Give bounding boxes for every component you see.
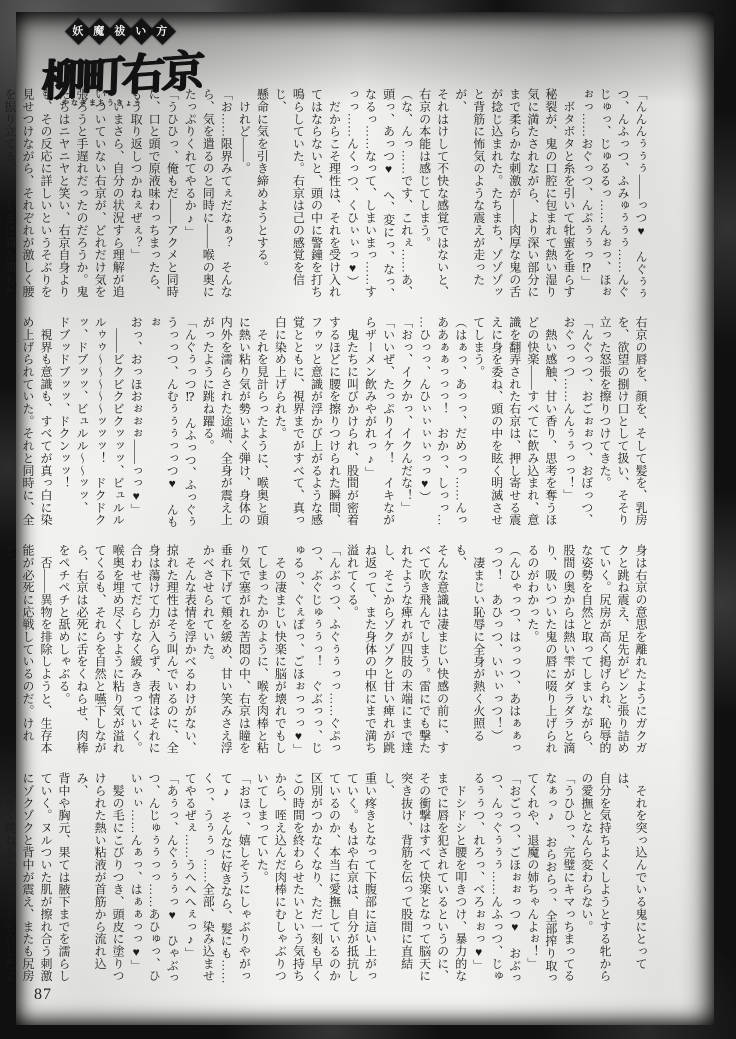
text-column: それを見計らったように、喉奥と頭 — [253, 316, 271, 533]
text-column: がったように跳ね躍る。 — [199, 316, 217, 533]
text-column: 股間の奥からは熱い雫がダラダラと滴 — [560, 544, 578, 761]
text-column: ていく。尻房が高く掲げられ、恥辱的 — [596, 544, 614, 761]
text-column: も、その反応に詳しいというそぶりを — [37, 88, 55, 305]
text-column: ゅるっ、ぐぇぽっ、ごほぉっっっ♥」 — [289, 544, 307, 761]
text-column: 「いいぜ、たっぷりイケ！ イキなが — [380, 316, 398, 533]
text-column: ていく。ヌルついた肌が擦れ合う刺激 — [37, 772, 55, 989]
text-column: ているのか、本当に愛撫しているのか — [325, 772, 343, 989]
text-column: 「うひひっ、完璧にキマっちまってる — [560, 772, 578, 989]
text-column: が大きく跳ねると、小水をもらしたよ — [1, 772, 19, 989]
text-column: 視界も意識も、すべてが真っ白に染 — [37, 316, 55, 533]
text-column: ね返って、また身体の中枢にまで満ち — [362, 544, 380, 761]
text-column: に熱い粘り気が勢いよく弾け、身体の — [235, 316, 253, 533]
page-surface: 妖魔祓い方 柳町右京 やなぎまちうきょう 「んんんぅぅぅ――っつ♥ んぐぅぅつ、… — [16, 12, 714, 1025]
text-column: 否――異物を排除しようと、生存本 — [37, 544, 55, 761]
text-column: 「おごっつ、ごほぉぉっつ♥ おぶっ — [506, 772, 524, 989]
text-row-4: それを突っ込んでいる鬼にとっては、自分を気持ちよくしようとする牝からの愛撫となん… — [37, 772, 650, 989]
text-column: ああぁぁっっっ！ おかっ、しっっ… — [434, 316, 452, 533]
text-column: までに唇を犯されているというのに、 — [434, 772, 452, 989]
series-subtitle-char: い — [135, 23, 146, 42]
text-row-1: 「んんんぅぅぅ――っつ♥ んぐぅぅつ、んふっつ、ふみゅぅぅぅ……んぐじゅっ、じゅ… — [37, 88, 650, 305]
text-column: 白に染め上げられた。 — [271, 316, 289, 533]
text-column: くっ、うぅぅっ……全部、染み込ませ — [199, 772, 217, 989]
series-subtitle-char: 魔 — [93, 23, 104, 42]
text-column: 内外を濡らされた途端、全身が震え上 — [217, 316, 235, 533]
text-column: どの快楽――すべてに飲み込まれ、意 — [524, 316, 542, 533]
text-column: 頭っ、あっつ♥ へ、変にっ、なっ、 — [380, 88, 398, 305]
text-column: 身は右京の意思を離れたようにガクガ — [632, 544, 650, 761]
text-column: 識を翻弄された右京は、押し寄せる震 — [506, 316, 524, 533]
text-column: て♪ そんなに好きなら、髪にも…… — [217, 772, 235, 989]
text-column: にゾクゾクと背中が震え、またも尻房 — [19, 772, 37, 989]
text-column: いてしまっていた。 — [253, 772, 271, 989]
text-column: 覚とともに、視界までがすべて、真っ — [289, 316, 307, 533]
text-column: れたような痺れが四肢の末端にまで達 — [398, 544, 416, 761]
text-column: じゅっ、じゅるるっ……んぉっ、ほぉ — [596, 88, 614, 305]
text-column: つ、んふっつ、ふみゅぅぅぅ……んぐ — [614, 88, 632, 305]
text-column: るぅぅつ、れろっ、べろぉぉっ♥」 — [470, 772, 488, 989]
text-column: 「うひひっ、俺もだ――アクメと同時 — [163, 88, 181, 305]
text-column: り、吸いついた鬼の唇に啜り上げられ — [542, 544, 560, 761]
text-column: うっっつ、んむぅぅぅっっつ♥ んもぉ — [145, 316, 181, 533]
text-column: 重い疼きとなって下腹部に這い上がっ — [362, 772, 380, 989]
text-column: てしまう。 — [470, 316, 488, 533]
text-column: おぐっっつ……んんぅぅっっ！」 — [560, 316, 578, 533]
text-column: ボタボタと糸を引いて牝蜜を垂らす — [560, 88, 578, 305]
text-column: てしまったかのように、喉を肉棒と粘 — [253, 544, 271, 761]
text-column: っつ！ あひっつ、いぃぃっつ！） — [488, 544, 506, 761]
text-column: 秘裂が、鬼の口腔に包まれて熱い湿り — [542, 88, 560, 305]
text-column: 喉奥を埋め尽くすように粘り気が溢れ — [109, 544, 127, 761]
text-column: 垂れ下げて頬を緩め、甘い笑みさえ浮 — [217, 544, 235, 761]
text-column: と背筋に怖気のような震えが走ったが、 — [452, 88, 488, 305]
series-subtitle-char: 妖 — [72, 23, 83, 42]
text-column: ドシドシと腰を叩きつけ、暴力的な — [452, 772, 470, 989]
text-column: 突き抜け、背筋を伝って股間に直結し、 — [380, 772, 416, 989]
text-column: （な、んっ……です、これぇ……あ、 — [398, 88, 416, 305]
text-column: 「おっ、イクかっ、イクんだな！」 — [398, 316, 416, 533]
text-column: が捻じ込まれた。たちまち、ゾゾゾッ — [488, 88, 506, 305]
text-column: （はぁっ、あっっ、だめっっ……んっ — [452, 316, 470, 533]
text-column: いまさら、自分の状況すら理解が追 — [109, 88, 127, 305]
text-column: それを突っ込んでいる鬼にとっては、 — [614, 772, 650, 989]
text-column: 「お……限界みてぇだなぁ？ そんな — [217, 88, 235, 305]
text-column: 熱い感触、甘い香り、思考を奪うほ — [542, 316, 560, 533]
text-column: 右京の本能は感じてしまう。 — [416, 88, 434, 305]
text-row-3: 身は右京の意思を離れたようにガクガクと跳ね震え、足先がピンと張り詰めていく。尻房… — [37, 544, 650, 761]
text-column: 身は蕩けて力が入らず、表情はそれに — [145, 544, 163, 761]
text-column: いぃぃ……んぁっ、はぁぁっっ♥」 — [127, 772, 145, 989]
text-column: り気で塞がれる苦悶の中、右京は瞳を — [235, 544, 253, 761]
text-column: ら、右京は必死に舌をくねらせ、肉棒 — [73, 544, 91, 761]
text-column: そんな表情を浮かべるわけがない、 — [181, 544, 199, 761]
text-column: （んひゃっつ、はっっつ、あはぁぁっ — [506, 544, 524, 761]
series-subtitle-char: 祓 — [114, 23, 125, 42]
text-column: 「んぐっつ、おごぉぉつ、おぼっつ、 — [578, 316, 596, 533]
text-column: だからこそ理性は、それを受け入れ — [325, 88, 343, 305]
text-column: てくれや、退魔の姉ちゃんよぉ！」 — [524, 772, 542, 989]
text-column: っっ……んくっつ、くひぃぃっ♥） — [343, 88, 361, 305]
text-column: なるっ……なって、しまいまっ……す — [362, 88, 380, 305]
text-column: を、欲望の捌け口として扱い、そそり — [614, 316, 632, 533]
text-column: ――ビクビクビクッッッ、ビュルル — [109, 316, 127, 533]
text-column: 溢れてくる。 — [343, 544, 361, 761]
text-column: 鳴らしていた。右京は己の感覚を信じ、 — [271, 88, 307, 305]
text-column: まで柔らかな刺激が――肉厚な鬼の舌 — [506, 88, 524, 305]
text-column: 見せつけながら、それぞれが激しく腰 — [19, 88, 37, 305]
text-column: 気に満たされながら、より深い部分に — [524, 88, 542, 305]
scanned-book-page: 妖魔祓い方 柳町右京 やなぎまちうきょう 「んんんぅぅぅ――っつ♥ んぐぅぅつ、… — [0, 0, 736, 1039]
text-column: 張ろうと手遅れだったのだろうか。鬼 — [73, 88, 91, 305]
text-column: 鬼たちに叫びかけられ、股間が密着 — [343, 316, 361, 533]
text-column: たちはニヤニヤと笑い、右京自身より — [55, 88, 73, 305]
text-column: うな凄まじい勢いで、股間の蜜汁も噴 — [0, 772, 1, 989]
text-column: 背中や胸元、果ては腋下までを濡らし — [55, 772, 73, 989]
text-column: 区別がつかなくなり、ただ一刻も早く — [307, 772, 325, 989]
text-column: ていく。もはや右京は、自分が抵抗し — [343, 772, 361, 989]
text-column: 右京の唇を、顔を、そして髪を、乳房 — [632, 316, 650, 533]
text-column: それはけして不快な感覚ではないと、 — [434, 88, 452, 305]
page-number: 87 — [34, 986, 52, 1004]
text-column: ドブッドブッッ、ドクンッッ！ — [55, 316, 73, 533]
text-column: 髪の毛にこびりつき、頭皮に塗りつ — [109, 772, 127, 989]
text-column: らザーメン飲みやがれっ♪」 — [362, 316, 380, 533]
text-column: の愛撫となんら変わらない。 — [578, 772, 596, 989]
text-column: おっ、おっほおぉぉぉ――っっ♥」 — [127, 316, 145, 533]
text-column: 「おほっ、嬉しそうにしゃぶりやがっ — [235, 772, 253, 989]
text-column: つ、んっぐぅぅぅ……んふっつ、じゅ — [488, 772, 506, 989]
text-column: けられた熱い粘液が首筋から流れ込み、 — [73, 772, 109, 989]
text-column: 「あぅっ、んぐぅぅぅっ♥ ひゃぶっ — [163, 772, 181, 989]
text-column: 合わせてだらしなく緩みきっていく。 — [127, 544, 145, 761]
text-column: め上げられていた。それと同時に、全 — [19, 316, 37, 533]
text-column: たっぷりくれてやるか♪」 — [181, 88, 199, 305]
text-column: 能が必死に応戦しているのだ。けれど、 — [1, 544, 37, 761]
text-column: てくるも、それらを自然と嚥下しなが — [91, 544, 109, 761]
text-column: てやるぜぇ……うへへへぇっ♪」 — [181, 772, 199, 989]
text-column: 自分を気持ちよくしようとする牝から — [596, 772, 614, 989]
text-column: べて吹き飛んでしまう。雷にでも撃た — [416, 544, 434, 761]
text-column: いついていない右京が、どれだけ気を — [91, 88, 109, 305]
text-column: フゥッと意識が浮かび上がるような感 — [307, 316, 325, 533]
text-column: するほどに腰を擦りつけられた瞬間、 — [325, 316, 343, 533]
text-column: 立った怒張を擦りつけてきた。 — [596, 316, 614, 533]
text-column: し、そこからゾクゾクと甘い痺れが跳 — [380, 544, 398, 761]
text-column: に、口と頭で原液味わっちまったら、 — [145, 88, 163, 305]
text-column: …ひっっ、んひぃぃぃぃっっ♥） — [416, 316, 434, 533]
text-column: つ、ぶぐじゅぅぅっ！ ぐぶっっ、じ — [307, 544, 325, 761]
text-column: な姿勢を自然と取ってしまいながら、 — [578, 544, 596, 761]
text-column: 「んぶっつ、ふぐぅぅっっ……ぐぷっ — [325, 544, 343, 761]
text-column: その凄まじい快楽に脳が壊れでもし — [271, 544, 289, 761]
text-column: その衝撃はすべて快楽となって脳天に — [416, 772, 434, 989]
text-column: ら、気を遣るのと同時に――喉の奥に — [199, 88, 217, 305]
text-row-2: 右京の唇を、顔を、そして髪を、乳房を、欲望の捌け口として扱い、そそり立った怒張を… — [37, 316, 650, 533]
text-column: てはならないと、頭の中に警鐘を打ち — [307, 88, 325, 305]
text-column: かべさせられていた。 — [199, 544, 217, 761]
text-column: 掠れた理性はそう叫んでいるのに、全 — [163, 544, 181, 761]
text-column: 「んぐぅっつ⁉ んふっつ、ふっぐぅ — [181, 316, 199, 533]
text-column: ルゥゥ〜〜〜〜〜ッッッ！ ドクドク — [91, 316, 109, 533]
text-column: 懸命に気を引き締めようとする。 — [253, 88, 271, 305]
text-column: から、咥え込んだ肉棒にむしゃぶりつ — [271, 772, 289, 989]
text-column: を振り立てる。女らしさに満ち満ちた — [1, 88, 19, 305]
text-column: 凄まじい恥辱に全身が熱く火照るも、 — [452, 544, 488, 761]
text-column: をペチペチと舐めしゃぶる。 — [55, 544, 73, 761]
text-column: ぉっ……おぐっつ、んぶぅぅっ⁉」 — [578, 88, 596, 305]
text-column: けれど――。 — [235, 88, 253, 305]
text-column: なぁっ♪ おらおらっ、全部搾り取っ — [542, 772, 560, 989]
text-column: つ、んじゅぅぅっっ……あひゅっ、ひ — [145, 772, 163, 989]
text-column: 「んんんぅぅぅ――っつ♥ んぐぅぅ — [632, 88, 650, 305]
text-column: えに身を委ね、頭の中を眩く明滅させ — [488, 316, 506, 533]
text-column: もう取り返しつかねぇぜぇ？」 — [127, 88, 145, 305]
text-column: ッ、ドブッッ、ビュルル〜〜ッッ、 — [73, 316, 91, 533]
text-column: この時間を終わらせたいという気持ち — [289, 772, 307, 989]
text-column: るのがわかった。 — [524, 544, 542, 761]
text-column: そんな意識は凄まじい快感の前に、す — [434, 544, 452, 761]
text-column: クと跳ね震え、足先がピンと張り詰め — [614, 544, 632, 761]
